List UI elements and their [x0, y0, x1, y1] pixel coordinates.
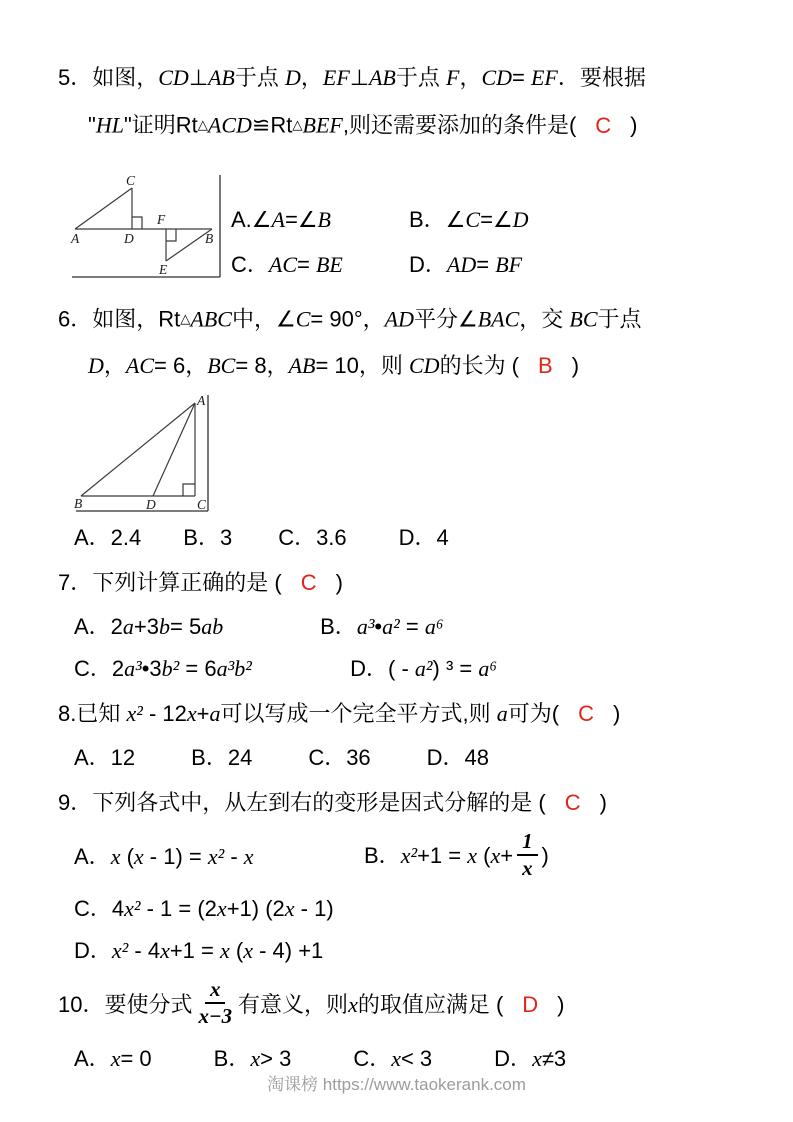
q7-option-b: B．a³•a² = a⁶	[320, 614, 443, 639]
q5-stem-line2: "HL"证明Rt△ACD≌Rt△BEF,则还需要添加的条件是(C)	[58, 101, 765, 149]
question-5: 5．如图，CD⊥AB于点 D，EF⊥AB于点 F，CD= EF．要根据 "HL"…	[58, 54, 765, 281]
q5-fig-label-c: C	[126, 173, 136, 188]
q6-options: A．2.4 B．3 C．3.6 D．4	[58, 517, 765, 559]
q5-fig-label-b: B	[205, 231, 213, 246]
q6-option-b: B．3	[183, 517, 232, 559]
q8-option-b: B．24	[191, 737, 252, 779]
q10-stem: 10．要使分式xx−3有意义，则 x的取值应满足 (D)	[58, 972, 765, 1038]
q9-stem: 9．下列各式中，从左到右的变形是因式分解的是 (C)	[58, 779, 765, 826]
q9-options-row1: A．x (x - 1) = x² - x B．x²+1 = x (x+1x)	[58, 826, 765, 888]
q8-option-d: D．48	[427, 737, 489, 779]
q7-options-row1: A．2a+3b= 5ab B．a³•a² = a⁶	[58, 606, 765, 648]
q8-option-a: A．12	[74, 737, 135, 779]
q6-fig-label-b: B	[74, 496, 82, 511]
q6-option-d: D．4	[399, 517, 449, 559]
q8-stem: 8.已知 x² - 12x+a可以写成一个完全平方式,则 a可为(C)	[58, 690, 765, 737]
q9-option-c: C．4x² - 1 = (2x+1) (2x - 1)	[74, 896, 334, 921]
q5-option-b: B．∠C=∠D	[409, 197, 529, 242]
q6-geometry-figure: A B D C	[74, 393, 214, 515]
q6-fig-label-a: A	[196, 393, 206, 408]
q7-option-a: A．2a+3b= 5ab	[74, 606, 314, 648]
site-watermark: 淘课榜 https://www.taokerank.com	[0, 1074, 793, 1096]
q5-option-c: C．AC= BE	[231, 242, 409, 287]
q6-stem-line2: D，AC= 6，BC= 8，AB= 10，则 CD的长为 (B)	[58, 342, 765, 389]
q9-option-a: A．x (x - 1) = x² - x	[74, 836, 364, 878]
q5-fig-label-e: E	[158, 262, 168, 277]
question-6: 6．如图，Rt△ABC中，∠C= 90°，AD平分∠BAC，交 BC于点 D，A…	[58, 295, 765, 560]
q5-figure-row: C A D F B E A.∠A=∠B B．∠C=∠D C．AC= BE D．A…	[70, 173, 765, 281]
q8-option-c: C．36	[308, 737, 370, 779]
question-7: 7．下列计算正确的是 (C) A．2a+3b= 5ab B．a³•a² = a⁶…	[58, 559, 765, 690]
q9-option-d: D．x² - 4x+1 = x (x - 4) +1	[74, 938, 323, 963]
q5-option-a: A.∠A=∠B	[231, 197, 409, 242]
q5-stem-line1: 5．如图，CD⊥AB于点 D，EF⊥AB于点 F，CD= EF．要根据	[58, 54, 765, 101]
q5-fig-label-f: F	[156, 212, 166, 227]
q5-options: A.∠A=∠B B．∠C=∠D C．AC= BE D．AD= BF	[231, 197, 529, 287]
q7-stem: 7．下列计算正确的是 (C)	[58, 559, 765, 606]
q6-option-a: A．2.4	[74, 517, 141, 559]
q6-stem-line1: 6．如图，Rt△ABC中，∠C= 90°，AD平分∠BAC，交 BC于点	[58, 295, 765, 343]
q7-options-row2: C．2a³•3b² = 6a³b² D．( - a²) ³ = a⁶	[58, 648, 765, 690]
q7-option-d: D．( - a²) ³ = a⁶	[350, 656, 497, 681]
q6-option-c: C．3.6	[278, 517, 346, 559]
q5-fig-label-d: D	[123, 231, 134, 246]
q5-geometry-figure: C A D F B E	[70, 173, 225, 281]
math-test-page: 5．如图，CD⊥AB于点 D，EF⊥AB于点 F，CD= EF．要根据 "HL"…	[0, 0, 793, 1122]
question-9: 9．下列各式中，从左到右的变形是因式分解的是 (C) A．x (x - 1) =…	[58, 779, 765, 972]
q9-option-c-row: C．4x² - 1 = (2x+1) (2x - 1)	[58, 888, 765, 930]
q9-option-d-row: D．x² - 4x+1 = x (x - 4) +1	[58, 930, 765, 972]
q7-option-c: C．2a³•3b² = 6a³b²	[74, 648, 344, 690]
q6-figure-wrap: A B D C	[74, 393, 765, 515]
q8-options: A．12 B．24 C．36 D．48	[58, 737, 765, 779]
q6-fig-label-c: C	[197, 497, 207, 512]
question-10: 10．要使分式xx−3有意义，则 x的取值应满足 (D) A．x= 0 B．x>…	[58, 972, 765, 1080]
q5-fig-label-a: A	[70, 231, 80, 246]
q5-option-d: D．AD= BF	[409, 242, 529, 287]
q6-fig-label-d: D	[145, 497, 156, 512]
question-8: 8.已知 x² - 12x+a可以写成一个完全平方式,则 a可为(C) A．12…	[58, 690, 765, 779]
q9-option-b: B．x²+1 = x (x+1x)	[364, 832, 549, 883]
